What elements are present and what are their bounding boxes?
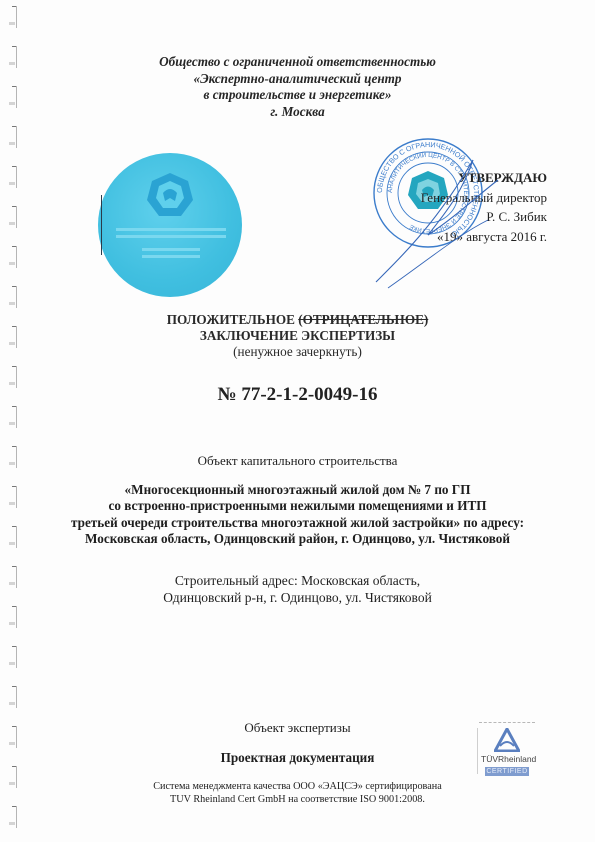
approval-title: УТВЕРЖДАЮ <box>421 168 547 188</box>
approval-name: Р. С. Зибик <box>421 207 547 227</box>
logo-border-top <box>479 722 535 724</box>
binder-marks <box>0 0 20 842</box>
approval-block: УТВЕРЖДАЮ Генеральный директор Р. С. Зиб… <box>421 168 547 246</box>
approval-date: «19» августа 2016 г. <box>421 227 547 247</box>
binder-mark <box>4 286 14 312</box>
heading-positive: ПОЛОЖИТЕЛЬНОЕ <box>167 312 295 327</box>
binder-mark <box>4 406 14 432</box>
hologram-text-line <box>142 248 200 251</box>
document-heading: ПОЛОЖИТЕЛЬНОЕ (ОТРИЦАТЕЛЬНОЕ) ЗАКЛЮЧЕНИЕ… <box>0 312 595 360</box>
hologram-text-line <box>116 228 226 231</box>
organization-line: Общество с ограниченной ответственностью <box>0 54 595 71</box>
capital-object-line: Московская область, Одинцовский район, г… <box>0 531 595 547</box>
binder-mark <box>4 246 14 272</box>
building-address-line: Одинцовский р-н, г. Одинцово, ул. Чистяк… <box>0 589 595 606</box>
binder-mark <box>4 206 14 232</box>
hologram-sticker-icon <box>98 153 242 297</box>
approval-position: Генеральный директор <box>421 188 547 208</box>
capital-object-name: «Многосекционный многоэтажный жилой дом … <box>0 482 595 548</box>
logo-border-side <box>477 728 478 774</box>
quality-line: TUV Rheinland Cert GmbH на соответствие … <box>0 794 595 807</box>
certified-badge: CERTIFIED <box>485 767 529 776</box>
binder-mark <box>4 606 14 632</box>
binder-mark <box>4 6 14 32</box>
document-page: Общество с ограниченной ответственностью… <box>0 0 595 842</box>
capital-object-label: Объект капитального строительства <box>0 453 595 469</box>
quality-system-note: Система менеджмента качества ООО «ЭАЦСЭ»… <box>0 781 595 806</box>
binder-mark <box>4 806 14 832</box>
tuv-triangle-icon <box>494 728 520 752</box>
heading-negative-struck: (ОТРИЦАТЕЛЬНОЕ) <box>298 312 428 327</box>
organization-line: в строительстве и энергетике» <box>0 87 595 104</box>
hologram-edge <box>101 195 102 255</box>
building-address-line: Строительный адрес: Московская область, <box>0 572 595 589</box>
conclusion-number: № 77-2-1-2-0049-16 <box>0 384 595 406</box>
organization-city: г. Москва <box>0 104 595 121</box>
hologram-text-line <box>142 255 200 258</box>
binder-mark <box>4 646 14 672</box>
organization-header: Общество с ограниченной ответственностью… <box>0 54 595 120</box>
heading-type-line: ПОЛОЖИТЕЛЬНОЕ (ОТРИЦАТЕЛЬНОЕ) <box>0 312 595 328</box>
heading-note: (ненужное зачеркнуть) <box>0 344 595 360</box>
tuv-certification-logo: TÜVRheinland CERTIFIED <box>475 722 537 780</box>
quality-line: Система менеджмента качества ООО «ЭАЦСЭ»… <box>0 781 595 794</box>
heading-title: ЗАКЛЮЧЕНИЕ ЭКСПЕРТИЗЫ <box>0 328 595 344</box>
building-address: Строительный адрес: Московская область, … <box>0 572 595 606</box>
binder-mark <box>4 686 14 712</box>
capital-object-line: со встроенно-пристроенными нежилыми поме… <box>0 498 595 514</box>
heptagon-emblem-icon <box>145 171 195 221</box>
hologram-text-line <box>116 235 226 238</box>
binder-mark <box>4 126 14 152</box>
capital-object-line: «Многосекционный многоэтажный жилой дом … <box>0 482 595 498</box>
capital-object-line: третьей очереди строительства многоэтажн… <box>0 515 595 531</box>
organization-line: «Экспертно-аналитический центр <box>0 71 595 88</box>
tuv-brand-text: TÜVRheinland <box>481 754 536 764</box>
binder-mark <box>4 166 14 192</box>
